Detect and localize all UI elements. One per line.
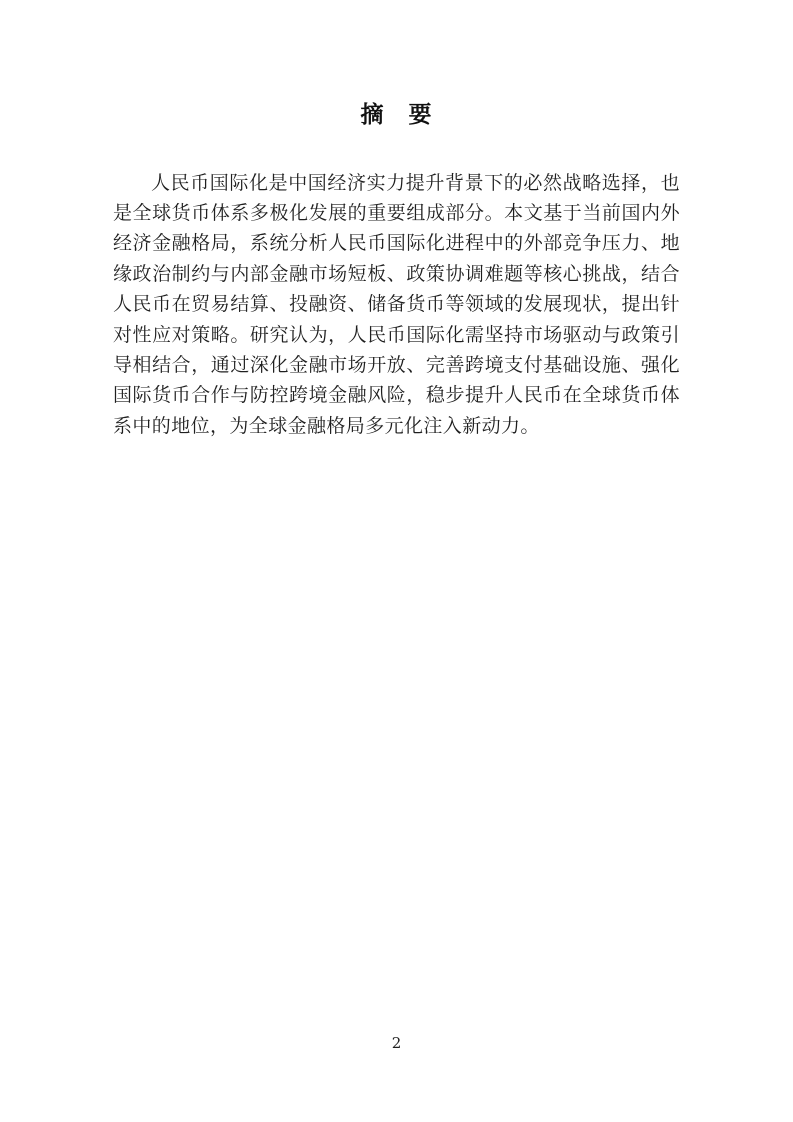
- abstract-paragraph: 人民币国际化是中国经济实力提升背景下的必然战略选择，也是全球货币体系多极化发展的…: [113, 168, 680, 442]
- page-number: 2: [0, 1033, 793, 1053]
- page-title: 摘 要: [0, 102, 793, 130]
- document-page: 摘 要 人民币国际化是中国经济实力提升背景下的必然战略选择，也是全球货币体系多极…: [0, 0, 793, 1122]
